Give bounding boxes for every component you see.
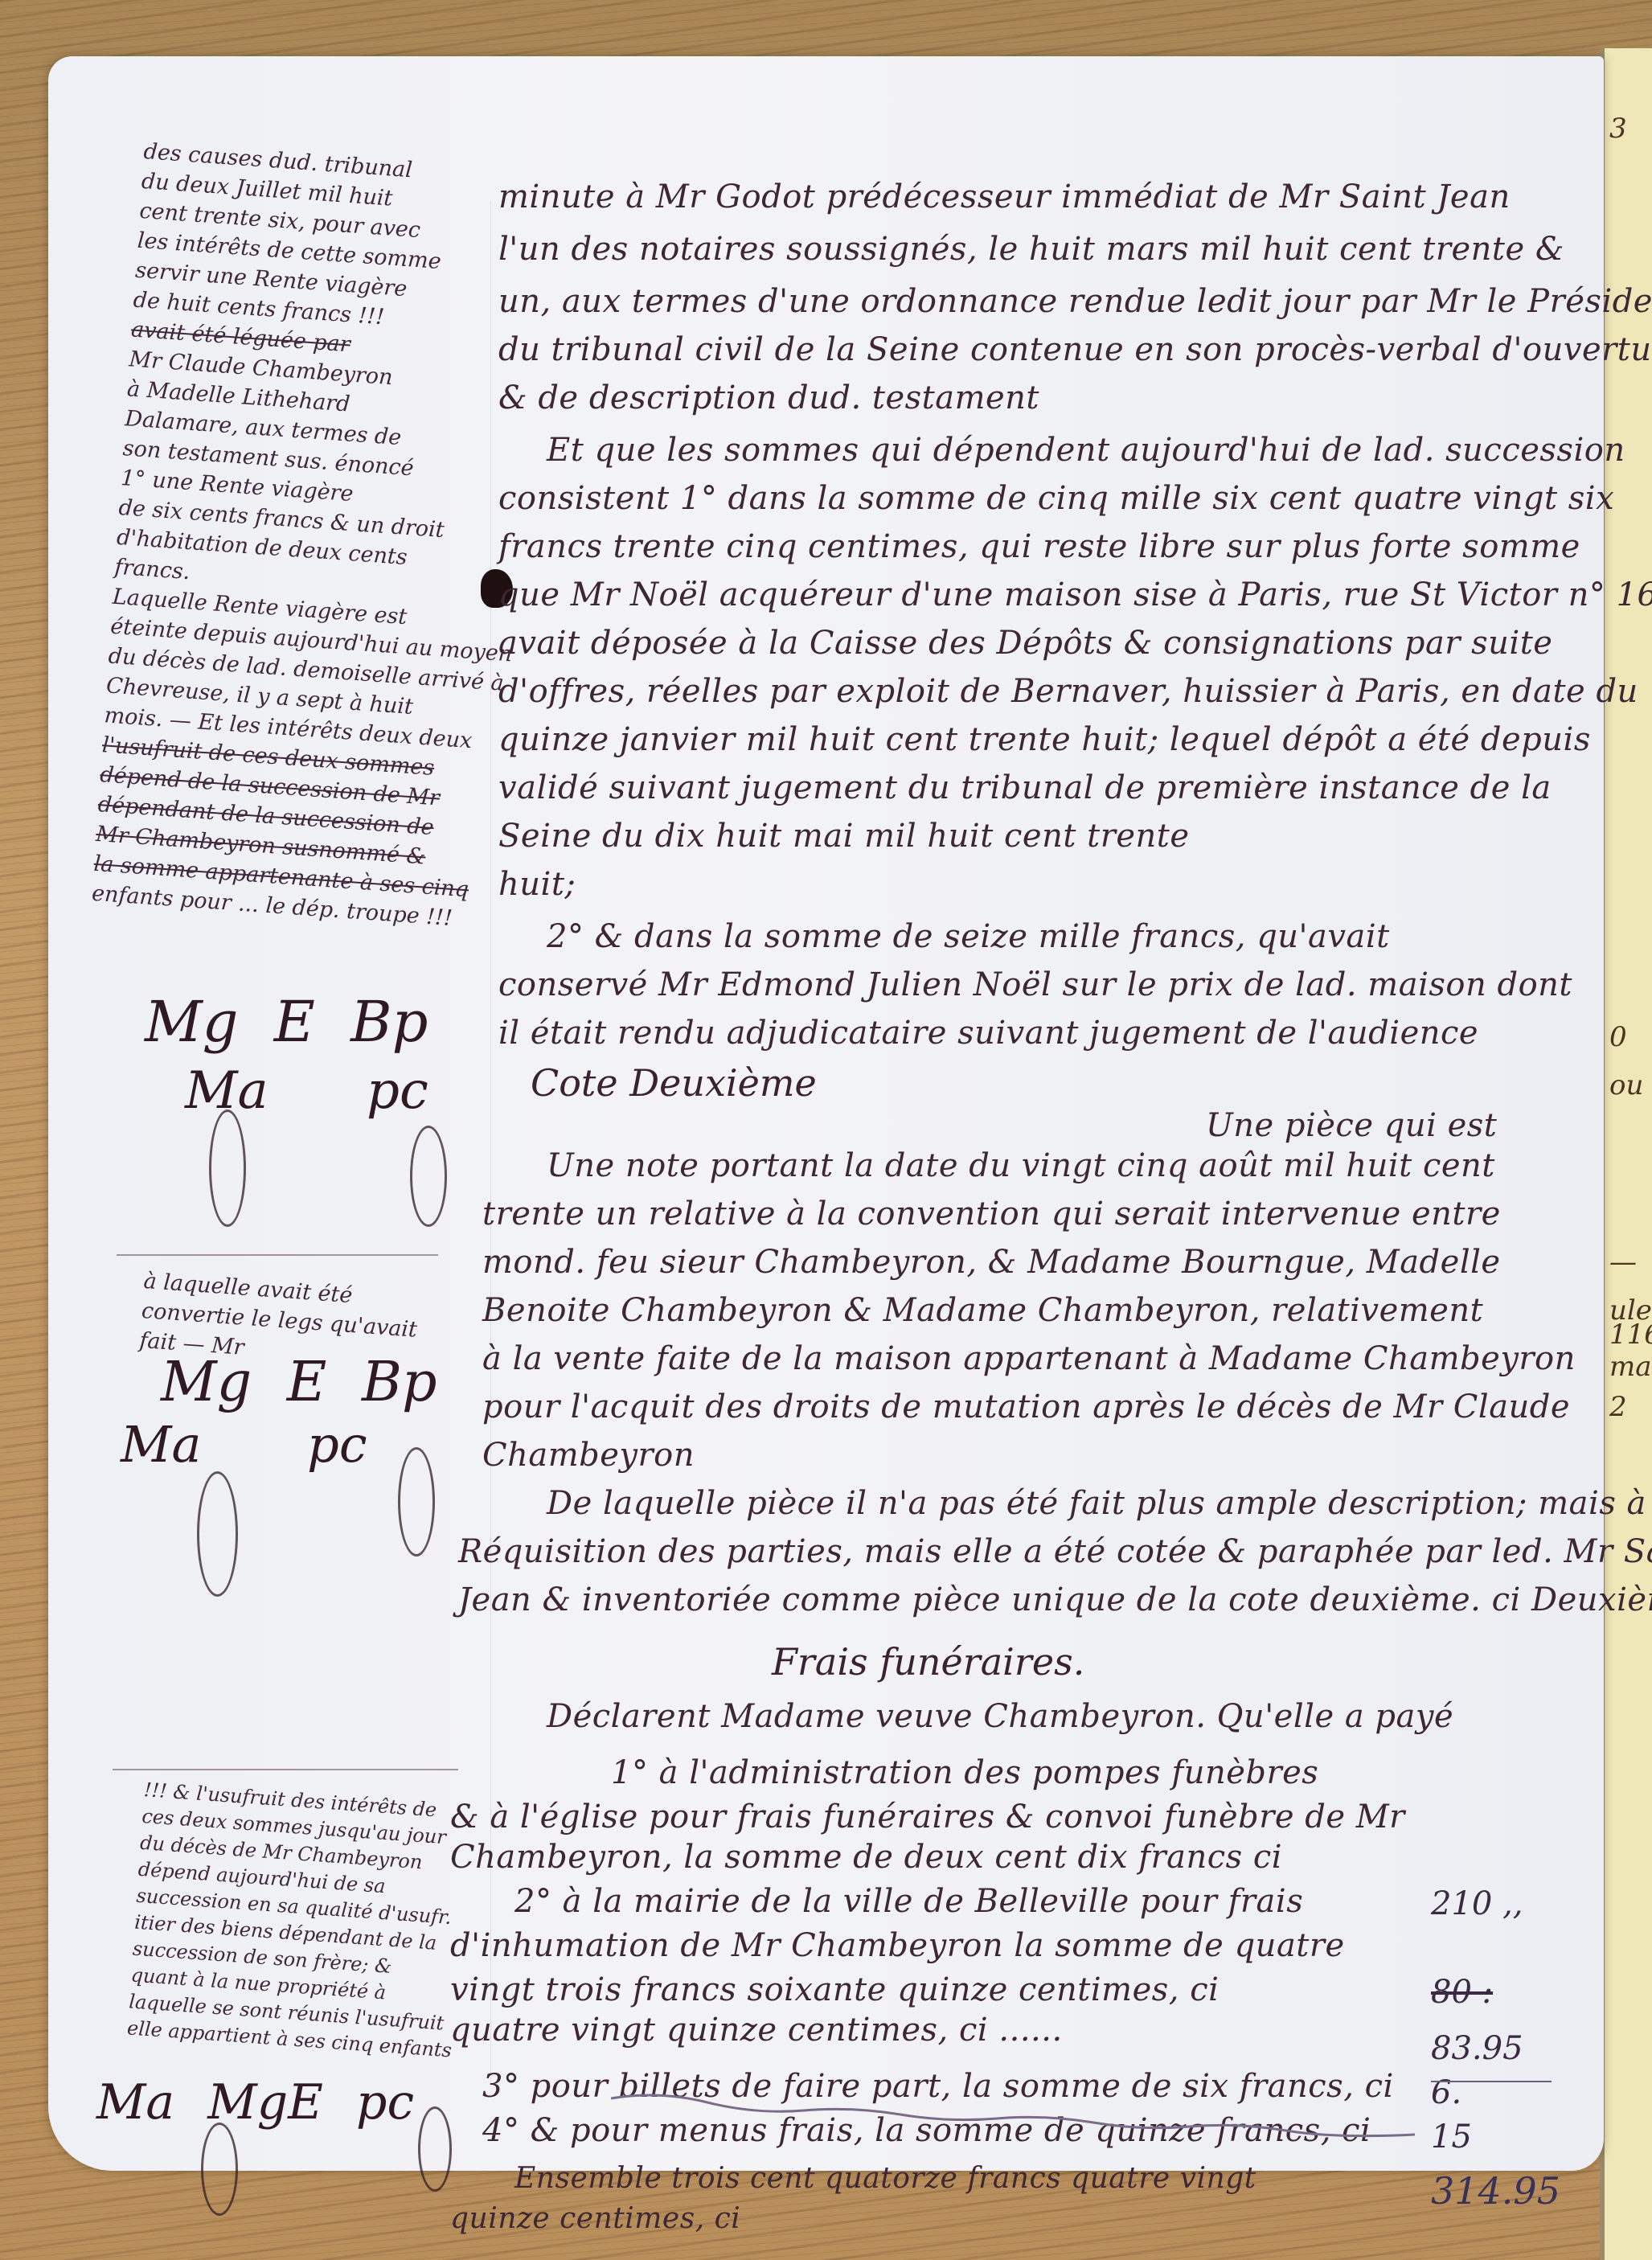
text-line: consistent 1° dans la somme de cinq mill… [498, 482, 1576, 515]
text-line: 2° & dans la somme de seize mille francs… [547, 921, 1624, 953]
total-underline [1431, 2081, 1552, 2082]
paraph: Bp [362, 1351, 437, 1414]
amount-value: 15 [1431, 2118, 1576, 2155]
text-line: validé suivant jugement du tribunal de p… [498, 772, 1576, 804]
paraph: E [287, 1351, 327, 1414]
text-line: minute à Mr Godot prédécesseur immédiat … [498, 181, 1576, 213]
paraph: pc [356, 2074, 414, 2131]
text-line: mond. feu sieur Chambeyron, & Madame Bou… [482, 1246, 1560, 1278]
text-line: conservé Mr Edmond Julien Noël sur le pr… [498, 969, 1576, 1001]
text-line: francs trente cinq centimes, qui reste l… [498, 531, 1576, 563]
text-line: Seine du dix huit mai mil huit cent tren… [498, 820, 1576, 852]
paraph-flourish [209, 1109, 246, 1227]
text-line: Ensemble trois cent quatorze francs quat… [514, 2163, 1592, 2195]
amount-value-struck: 80 : [1431, 1974, 1576, 2011]
text-line: quinze janvier mil huit cent trente huit… [498, 724, 1576, 756]
margin-note-1: des causes dud. tribunal du deux Juillet… [91, 137, 498, 933]
amount-total: 314.95 [1431, 2169, 1576, 2213]
text-line: 2° à la mairie de la ville de Belleville… [514, 1885, 1592, 1918]
margin-separator [117, 1254, 438, 1256]
text-line: & à l'église pour frais funéraires & con… [450, 1801, 1527, 1833]
amount-value: 83.95 [1431, 2030, 1576, 2067]
adjacent-page-mark: ma [1609, 1351, 1652, 1383]
paraph-initials-block-1: Mg E Bp [145, 989, 445, 1055]
text-line: un, aux termes d'une ordonnance rendue l… [498, 285, 1576, 318]
text-line: & de description dud. testament [498, 382, 1576, 414]
paraph-initials-block-2b: Ma pc [121, 1415, 385, 1474]
paraph-flourish [201, 2123, 238, 2216]
text-line: avait déposée à la Caisse des Dépôts & c… [498, 627, 1576, 659]
paraph-initials-block-2: Mg E Bp [161, 1351, 455, 1414]
paraph-flourish [410, 1126, 447, 1227]
paraph: Mg [145, 989, 238, 1055]
text-line: Une pièce qui est [1206, 1109, 1652, 1142]
text-line: Benoite Chambeyron & Madame Chambeyron, … [482, 1294, 1560, 1327]
adjacent-page-mark: — [1609, 1246, 1637, 1278]
text-line: l'un des notaires soussignés, le huit ma… [498, 233, 1576, 265]
paraph-flourish [197, 1471, 238, 1597]
amount-value: 6. [1431, 2074, 1576, 2111]
text-line: Une note portant la date du vingt cinq a… [547, 1150, 1624, 1182]
section-heading-cote-deuxieme: Cote Deuxième [531, 1061, 817, 1105]
text-line: Chambeyron, la somme de deux cent dix fr… [450, 1841, 1527, 1873]
adjacent-page-mark: 2 [1609, 1391, 1627, 1423]
text-line: huit; [498, 868, 1576, 900]
text-line: il était rendu adjudicataire suivant jug… [498, 1017, 1576, 1049]
text-line: d'offres, réelles par exploit de Bernave… [498, 675, 1576, 708]
paraph: pc [307, 1415, 367, 1474]
paraph: Mg [161, 1351, 252, 1414]
margin-separator [113, 1769, 458, 1770]
text-line: à la vente faite de la maison appartenan… [482, 1343, 1560, 1375]
text-line: vingt trois francs soixante quinze centi… [450, 1974, 1527, 2006]
text-line: d'inhumation de Mr Chambeyron la somme d… [450, 1930, 1527, 1962]
paraph: Ma [121, 1415, 201, 1474]
paraph-flourish [418, 2106, 452, 2192]
text-line: Chambeyron [482, 1439, 1560, 1471]
text-line: 1° à l'administration des pompes funèbre… [611, 1757, 1652, 1789]
paraph-initials-block-3: Ma MgE pc [96, 2074, 432, 2131]
paraph: Ma [96, 2074, 174, 2131]
paraph: pc [367, 1061, 428, 1121]
text-line: du tribunal civil de la Seine contenue e… [498, 334, 1576, 366]
margin-note-3: !!! & l'usufruit des intérêts de ces deu… [126, 1777, 498, 2066]
text-line: quatre vingt quinze centimes, ci ...... [450, 2014, 1527, 2046]
paraph: MgE [207, 2074, 323, 2131]
line-filler-flourish [611, 2090, 1415, 2139]
amount-value: 210 ,, [1431, 1885, 1576, 1922]
text-line: trente un relative à la convention qui s… [482, 1198, 1560, 1230]
text-line: pour l'acquit des droits de mutation apr… [482, 1391, 1560, 1423]
text-line: Jean & inventoriée comme pièce unique de… [458, 1584, 1535, 1616]
adjacent-page-mark: 3 [1609, 113, 1627, 145]
section-heading-frais-funeraires: Frais funéraires. [772, 1640, 1084, 1684]
adjacent-page-mark: ou [1609, 1069, 1643, 1101]
text-line: Réquisition des parties, mais elle a été… [458, 1536, 1535, 1568]
text-line: quinze centimes, ci [450, 2203, 1527, 2235]
adjacent-page-mark: 116 [1609, 1319, 1652, 1351]
paraph-flourish [398, 1447, 435, 1557]
paraph: Bp [350, 989, 428, 1055]
text-line: Déclarent Madame veuve Chambeyron. Qu'el… [547, 1700, 1624, 1733]
text-line: que Mr Noël acquéreur d'une maison sise … [498, 579, 1576, 611]
adjacent-page-mark: 0 [1609, 1021, 1627, 1053]
text-line: De laquelle pièce il n'a pas été fait pl… [547, 1487, 1624, 1520]
text-line: Et que les sommes qui dépendent aujourd'… [547, 434, 1624, 466]
paraph: E [274, 989, 315, 1055]
